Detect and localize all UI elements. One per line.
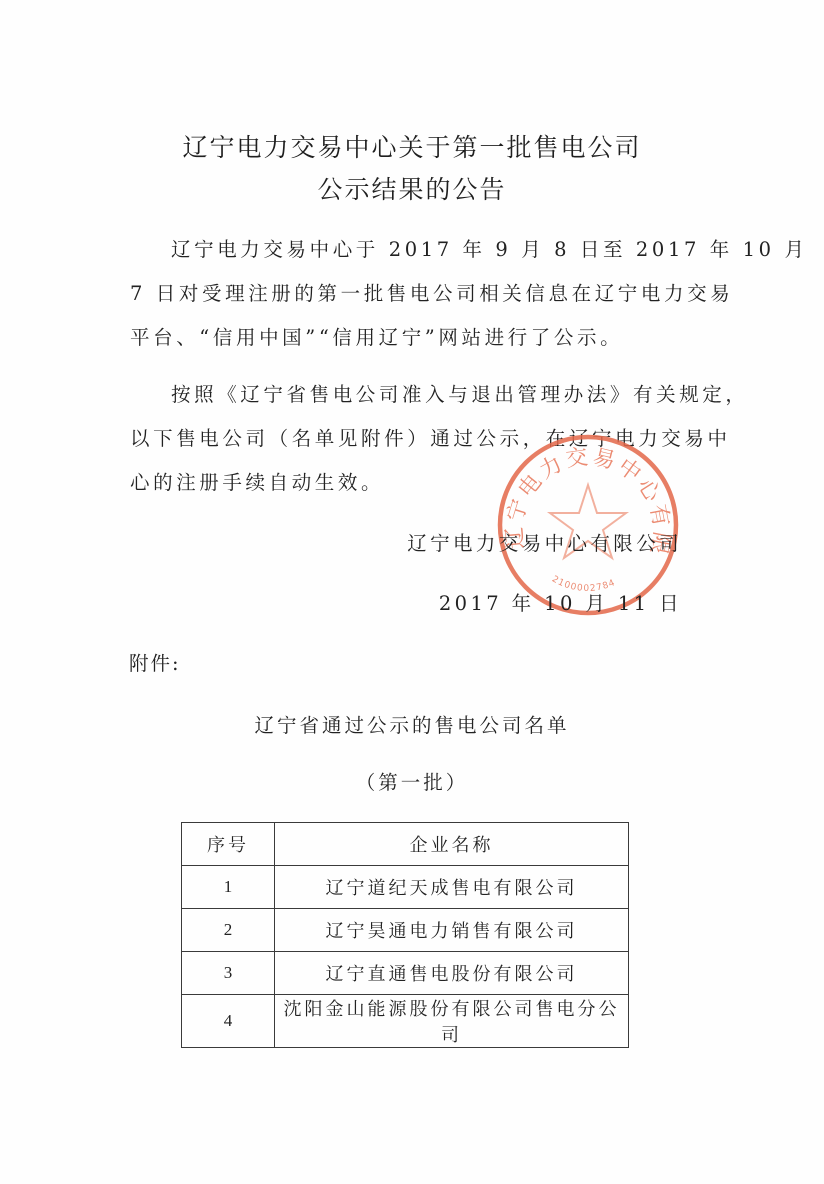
paragraph-regulation: 按照《辽宁省售电公司准入与退出管理办法》有关规定， 以下售电公司（名单见附件）通… [130, 373, 696, 505]
document-title-line2: 公示结果的公告 [0, 170, 824, 206]
attachment-batch: （第一批） [0, 767, 824, 795]
company-name: 辽宁直通售电股份有限公司 [275, 952, 629, 995]
paragraph-publicity-period: 辽宁电力交易中心于 2017 年 9 月 8 日至 2017 年 10 月 7 … [130, 228, 696, 360]
column-header-company-name: 企业名称 [275, 823, 629, 866]
paragraph-line: 按照《辽宁省售电公司准入与退出管理办法》有关规定， [130, 373, 696, 417]
row-number: 2 [182, 909, 275, 952]
table-row: 4 沈阳金山能源股份有限公司售电分公司 [182, 995, 629, 1048]
table-row: 3 辽宁直通售电股份有限公司 [182, 952, 629, 995]
paragraph-line: 辽宁电力交易中心于 2017 年 9 月 8 日至 2017 年 10 月 [130, 228, 696, 272]
table-row: 1 辽宁道纪天成售电有限公司 [182, 866, 629, 909]
paragraph-line: 以下售电公司（名单见附件）通过公示，在辽宁电力交易中 [130, 417, 696, 461]
company-name: 辽宁昊通电力销售有限公司 [275, 909, 629, 952]
document-page: 辽宁电力交易中心关于第一批售电公司 公示结果的公告 辽宁电力交易中心于 2017… [0, 0, 824, 1184]
row-number: 1 [182, 866, 275, 909]
signature-organization: 辽宁电力交易中心有限公司 [407, 528, 682, 556]
attachment-list-title: 辽宁省通过公示的售电公司名单 [0, 710, 824, 738]
document-title-line1: 辽宁电力交易中心关于第一批售电公司 [0, 128, 824, 164]
column-header-number: 序号 [182, 823, 275, 866]
row-number: 3 [182, 952, 275, 995]
company-table: 序号 企业名称 1 辽宁道纪天成售电有限公司 2 辽宁昊通电力销售有限公司 3 … [181, 822, 629, 1048]
table-row: 2 辽宁昊通电力销售有限公司 [182, 909, 629, 952]
company-name: 沈阳金山能源股份有限公司售电分公司 [275, 995, 629, 1048]
attachment-label: 附件: [129, 648, 181, 676]
paragraph-line: 平台、“信用中国”“信用辽宁”网站进行了公示。 [130, 316, 696, 360]
signature-date: 2017 年 10 月 11 日 [439, 588, 682, 616]
table-header-row: 序号 企业名称 [182, 823, 629, 866]
row-number: 4 [182, 995, 275, 1048]
company-name: 辽宁道纪天成售电有限公司 [275, 866, 629, 909]
paragraph-line: 7 日对受理注册的第一批售电公司相关信息在辽宁电力交易 [130, 272, 696, 316]
paragraph-line: 心的注册手续自动生效。 [130, 461, 696, 505]
